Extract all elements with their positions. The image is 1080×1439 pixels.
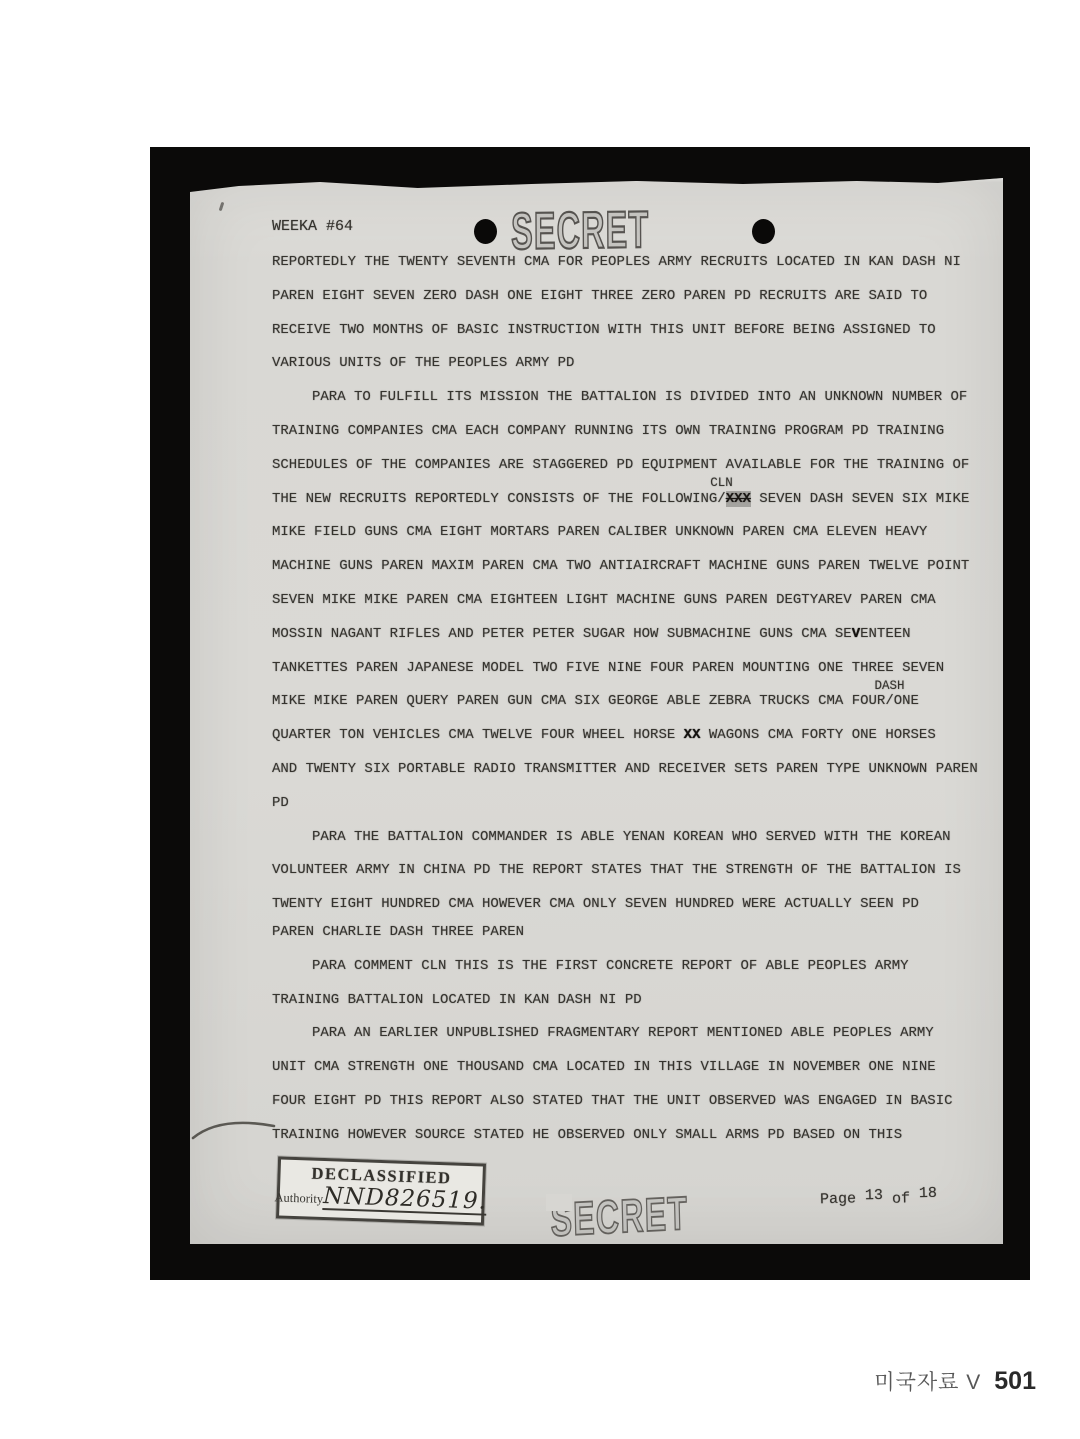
typed-correction-above: CLN	[710, 477, 733, 490]
typed-segment: /CLN	[717, 491, 725, 507]
typed-body: REPORTEDLY THE TWENTY SEVENTH CMA FOR PE…	[272, 246, 996, 1153]
typed-line: THE NEW RECRUITS REPORTEDLY CONSISTS OF …	[272, 483, 996, 517]
typed-line: MIKE MIKE PAREN QUERY PAREN GUN CMA SIX …	[272, 685, 996, 719]
authority-label: Authority	[274, 1190, 323, 1207]
typed-segment: MACHINE GUNS PAREN MAXIM PAREN CMA TWO A…	[272, 558, 969, 574]
typed-line: VOLUNTEER ARMY IN CHINA PD THE REPORT ST…	[272, 854, 996, 888]
typed-segment: MOSSIN NAGANT RIFLES AND PETER PETER SUG…	[272, 626, 852, 642]
typed-segment: PARA COMMENT CLN THIS IS THE FIRST CONCR…	[312, 958, 909, 974]
typed-segment: XX	[684, 727, 701, 743]
typed-segment: THE NEW RECRUITS REPORTEDLY CONSISTS OF …	[272, 491, 717, 507]
typed-segment: RECEIVE TWO MONTHS OF BASIC INSTRUCTION …	[272, 322, 936, 338]
typed-segment: WAGONS CMA FORTY ONE HORSES	[700, 727, 935, 743]
typed-line: FOUR EIGHT PD THIS REPORT ALSO STATED TH…	[272, 1085, 996, 1119]
typed-segment: PD	[272, 795, 289, 811]
typed-line: MACHINE GUNS PAREN MAXIM PAREN CMA TWO A…	[272, 550, 996, 584]
typed-segment: ENTEEN	[860, 626, 910, 642]
typed-segment: TRAINING BATTALION LOCATED IN KAN DASH N…	[272, 992, 642, 1008]
typed-line: PAREN EIGHT SEVEN ZERO DASH ONE EIGHT TH…	[272, 280, 996, 314]
typed-line: UNIT CMA STRENGTH ONE THOUSAND CMA LOCAT…	[272, 1051, 996, 1085]
typed-segment: TWENTY EIGHT HUNDRED CMA HOWEVER CMA ONL…	[272, 896, 919, 912]
typed-line: SCHEDULES OF THE COMPANIES ARE STAGGERED…	[272, 449, 996, 483]
typed-segment: PARA AN EARLIER UNPUBLISHED FRAGMENTARY …	[312, 1025, 934, 1041]
typed-segment: MIKE FIELD GUNS CMA EIGHT MORTARS PAREN …	[272, 524, 927, 540]
page-number-segment: Page	[820, 1190, 865, 1208]
typed-segment: ONE	[894, 693, 919, 709]
typed-segment: TRAINING HOWEVER SOURCE STATED HE OBSERV…	[272, 1127, 902, 1143]
footer-section-label: 미국자료 V	[874, 1366, 981, 1396]
typed-line: TRAINING HOWEVER SOURCE STATED HE OBSERV…	[272, 1119, 996, 1153]
typed-segment: VOLUNTEER ARMY IN CHINA PD THE REPORT ST…	[272, 862, 961, 878]
typed-segment: XXX	[726, 491, 751, 507]
stray-mark	[219, 202, 225, 211]
typed-line: MOSSIN NAGANT RIFLES AND PETER PETER SUG…	[272, 618, 996, 652]
page-number-line: Page 13 of 18	[820, 1189, 937, 1208]
typed-line: VARIOUS UNITS OF THE PEOPLES ARMY PD	[272, 347, 996, 381]
typed-line: TRAINING BATTALION LOCATED IN KAN DASH N…	[272, 984, 996, 1018]
page-number-segment: 13	[865, 1187, 883, 1204]
typed-line: AND TWENTY SIX PORTABLE RADIO TRANSMITTE…	[272, 753, 996, 787]
typed-segment: FOUR EIGHT PD THIS REPORT ALSO STATED TH…	[272, 1093, 953, 1109]
typed-correction-above: DASH	[875, 680, 905, 693]
page-number-segment: of	[883, 1190, 919, 1208]
typed-line: REPORTEDLY THE TWENTY SEVENTH CMA FOR PE…	[272, 246, 996, 280]
typed-segment: SCHEDULES OF THE COMPANIES ARE STAGGERED…	[272, 457, 969, 473]
typed-segment: PARA TO FULFILL ITS MISSION THE BATTALIO…	[312, 389, 967, 405]
authority-number: NND826519.	[323, 1184, 488, 1216]
typed-segment: PAREN EIGHT SEVEN ZERO DASH ONE EIGHT TH…	[272, 288, 927, 304]
typed-line: PARA TO FULFILL ITS MISSION THE BATTALIO…	[272, 381, 996, 415]
typed-segment: SEVEN DASH SEVEN SIX MIKE	[751, 491, 969, 507]
typed-line: PARA THE BATTALION COMMANDER IS ABLE YEN…	[272, 821, 996, 855]
typed-line: SEVEN MIKE MIKE PAREN CMA EIGHTEEN LIGHT…	[272, 584, 996, 618]
typed-segment: AND TWENTY SIX PORTABLE RADIO TRANSMITTE…	[272, 761, 978, 777]
declassified-stamp: DECLASSIFIED Authority NND826519.	[276, 1156, 486, 1225]
margin-annotation-mark	[190, 1116, 280, 1146]
footer-page-number: 501	[994, 1367, 1036, 1396]
typed-segment: REPORTEDLY THE TWENTY SEVENTH CMA FOR PE…	[272, 254, 961, 270]
document-id-label: WEEKA #64	[272, 218, 353, 235]
hole-punch-right	[752, 219, 775, 244]
typed-line: PD	[272, 787, 996, 821]
typed-segment: V	[852, 626, 860, 642]
scanned-photo: WEEKA #64 SECRET REPORTEDLY THE TWENTY S…	[150, 147, 1030, 1280]
typed-segment: SEVEN MIKE MIKE PAREN CMA EIGHTEEN LIGHT…	[272, 592, 936, 608]
book-page: WEEKA #64 SECRET REPORTEDLY THE TWENTY S…	[0, 0, 1080, 1439]
typed-segment: /DASH	[885, 693, 893, 709]
typed-line: RECEIVE TWO MONTHS OF BASIC INSTRUCTION …	[272, 314, 996, 348]
typed-line: TRAINING COMPANIES CMA EACH COMPANY RUNN…	[272, 415, 996, 449]
document-paper: WEEKA #64 SECRET REPORTEDLY THE TWENTY S…	[190, 178, 1003, 1244]
typed-segment: TANKETTES PAREN JAPANESE MODEL TWO FIVE …	[272, 660, 944, 676]
typed-segment: TRAINING COMPANIES CMA EACH COMPANY RUNN…	[272, 423, 944, 439]
page-number-segment: 18	[919, 1185, 937, 1202]
hole-punch-left	[474, 219, 497, 244]
typed-segment: VARIOUS UNITS OF THE PEOPLES ARMY PD	[272, 355, 574, 371]
typed-segment: QUARTER TON VEHICLES CMA TWELVE FOUR WHE…	[272, 727, 684, 743]
typed-segment: MIKE MIKE PAREN QUERY PAREN GUN CMA SIX …	[272, 693, 885, 709]
typed-segment: PARA THE BATTALION COMMANDER IS ABLE YEN…	[312, 829, 951, 845]
typed-line: PARA AN EARLIER UNPUBLISHED FRAGMENTARY …	[272, 1017, 996, 1051]
book-footer: 미국자료 V 501	[874, 1366, 1036, 1396]
typed-line: MIKE FIELD GUNS CMA EIGHT MORTARS PAREN …	[272, 516, 996, 550]
stamp-fade-patch	[546, 1194, 572, 1211]
declassified-authority-row: Authority NND826519.	[279, 1182, 482, 1215]
typed-segment: UNIT CMA STRENGTH ONE THOUSAND CMA LOCAT…	[272, 1059, 936, 1075]
typed-segment: PAREN CHARLIE DASH THREE PAREN	[272, 924, 524, 940]
typed-line: QUARTER TON VEHICLES CMA TWELVE FOUR WHE…	[272, 719, 996, 753]
typed-line: PARA COMMENT CLN THIS IS THE FIRST CONCR…	[272, 950, 996, 984]
